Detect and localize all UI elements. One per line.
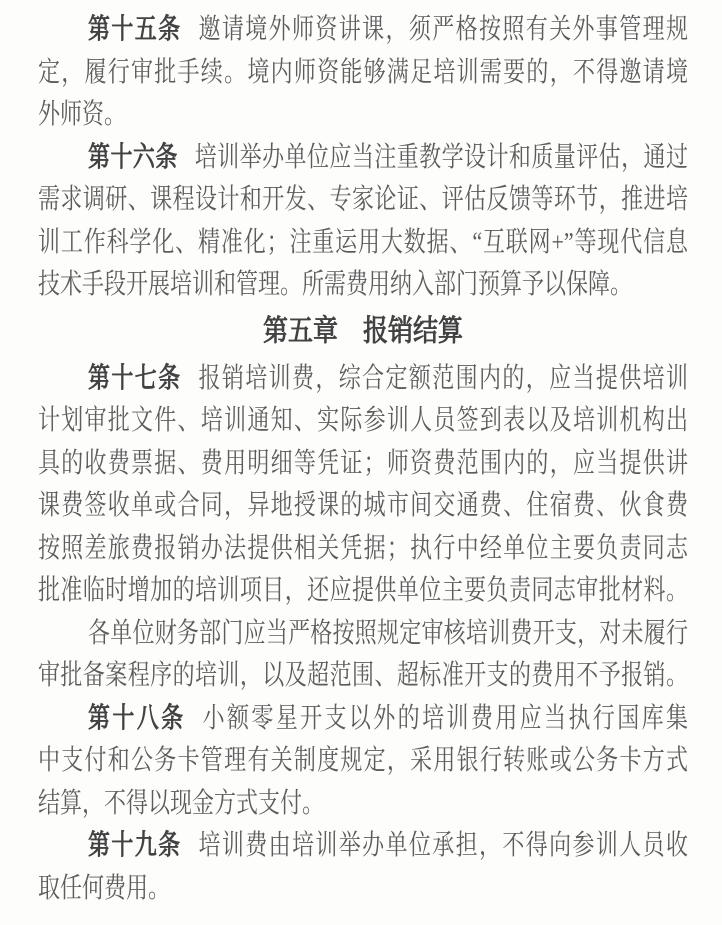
document-page: 第十五条邀请境外师资讲课，须严格按照有关外事管理规 定，履行审批手续。境内师资能…: [0, 0, 722, 909]
article-number: 第十九条: [88, 829, 182, 861]
article-number: 第十五条: [88, 13, 182, 45]
text-line: 取任何费用。: [38, 861, 688, 915]
article-number: 第十八条: [88, 701, 186, 733]
text-line: 技术手段开展培训和管理。所需费用纳入部门预算予以保障。: [38, 257, 688, 311]
article-number: 第十六条: [88, 140, 178, 172]
line-text: 邀请境外师资讲课，须严格按照有关外事管理规: [199, 13, 688, 45]
line-text: 小额零星开支以外的培训费用应当执行国库集: [203, 701, 688, 733]
article-number: 第十七条: [88, 361, 182, 393]
line-text: 培训举办单位应当注重教学设计和质量评估，通过: [195, 140, 688, 172]
chapter-heading: 第五章 报销结算: [38, 306, 688, 357]
line-text: 报销培训费，综合定额范围内的，应当提供培训: [199, 361, 688, 393]
line-text: 培训费由培训举办单位承担，不得向参训人员收: [199, 829, 688, 861]
